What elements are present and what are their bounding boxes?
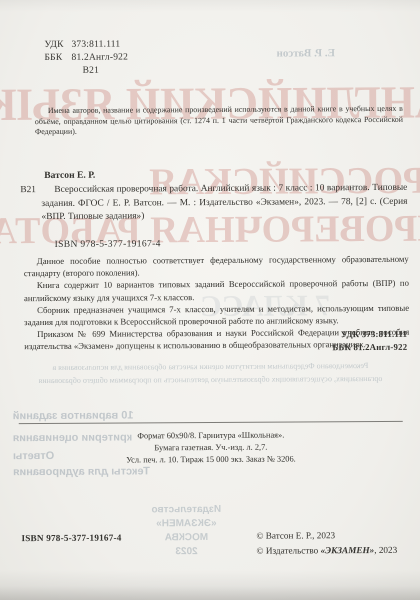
- ghost-publisher-line: Издательство: [121, 503, 251, 518]
- ghost-feature-audio: Тексты для аудирования: [13, 465, 150, 478]
- copyright-publisher-prefix: © Издательство: [257, 545, 321, 555]
- ghost-publisher-city: МОСКВА: [121, 531, 251, 546]
- udk-right: УДК 373:811.111: [332, 328, 407, 341]
- ghost-publisher-year: 2023: [121, 545, 251, 560]
- annotation-paragraph: Книга содержит 10 вариантов типовых зада…: [24, 277, 409, 304]
- bbk-label: ББК: [44, 52, 71, 65]
- copyright-publisher: © Издательство «ЭКЗАМЕН», 2023: [256, 543, 397, 559]
- ghost-feature-variants: 10 вариантов заданий: [13, 409, 134, 422]
- classification-codes-top: УДК373:811.111 ББК81.2Англ-922 В21: [44, 38, 128, 78]
- copyright-block: © Ватсон Е. Р., 2023 © Издательство «ЭКЗ…: [256, 528, 397, 559]
- bibliographic-description: Всероссийская проверочная работа. Англий…: [41, 182, 407, 225]
- ghost-recommendation: Рекомендовано Федеральным институтом оце…: [30, 359, 390, 387]
- ghost-publisher-brand: «ЭКЗАМЕН»: [121, 517, 251, 532]
- udk-value: 373:811.111: [71, 40, 120, 50]
- scanned-copyright-page: АНГЛИЙСКИЙ ЯЗЫК Е. Р. Ватсон ВСЕРОССИЙСК…: [0, 0, 420, 600]
- bbk-line: ББК81.2Англ-922: [44, 51, 128, 65]
- bbk-right: ББК 81.2Англ-922: [332, 341, 407, 354]
- author-heading: Ватсон Е. Р.: [44, 170, 95, 181]
- entry-code-margin: В21: [20, 185, 36, 195]
- udk-label: УДК: [44, 39, 71, 52]
- annotation-paragraph: Сборник предназначен учащимся 7-х классо…: [24, 302, 409, 329]
- imprint-print-run-line: Усл. печ. л. 10. Тираж 15 000 экз. Заказ…: [1, 452, 420, 466]
- classification-codes-right: УДК 373:811.111 ББК 81.2Англ-922: [332, 328, 407, 354]
- isbn-catalog: ISBN 978-5-377-19167-4: [55, 238, 161, 250]
- imprint-block: Формат 60х90/8. Гарнитура «Школьная». Бу…: [1, 429, 420, 467]
- copyright-publisher-suffix: , 2023: [374, 545, 397, 555]
- entry-code-top: В21: [83, 64, 129, 77]
- usage-notice: Имена авторов, название и содержание про…: [35, 104, 403, 138]
- isbn-footer: ISBN 978-5-377-19167-4: [21, 533, 121, 544]
- bbk-value: 81.2Англ-922: [71, 52, 128, 62]
- ghost-cover-author: Е. Р. Ватсон: [276, 47, 335, 59]
- annotation-paragraph: Данное пособие полностью соответствует ф…: [24, 253, 409, 280]
- copyright-author: © Ватсон Е. Р., 2023: [256, 528, 397, 544]
- page-content: АНГЛИЙСКИЙ ЯЗЫК Е. Р. Ватсон ВСЕРОССИЙСК…: [0, 0, 420, 600]
- copyright-publisher-brand: «ЭКЗАМЕН»: [321, 545, 375, 555]
- ghost-publisher-block: Издательство «ЭКЗАМЕН» МОСКВА 2023: [121, 503, 251, 560]
- udk-line: УДК373:811.111: [44, 38, 128, 52]
